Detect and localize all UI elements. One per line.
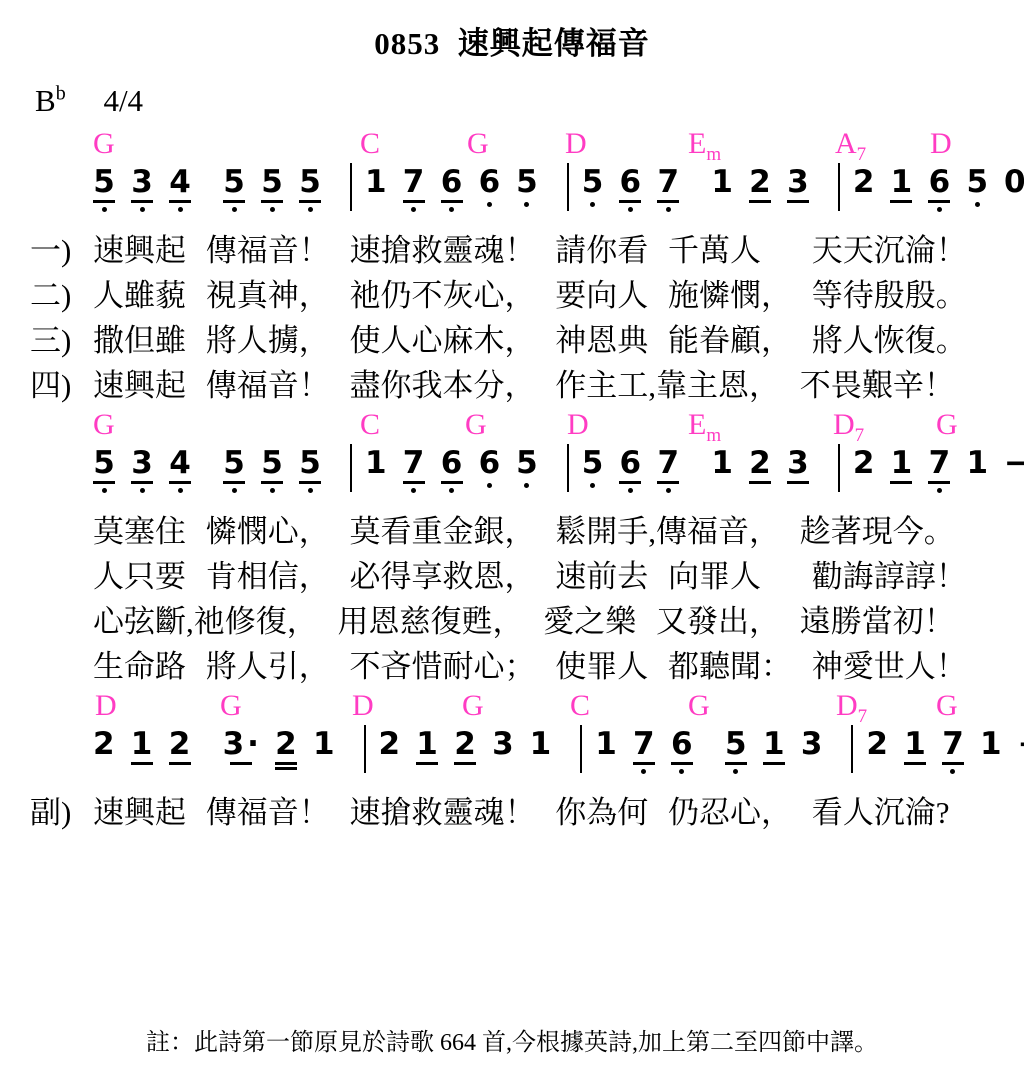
note-digit: 2 [749, 166, 771, 198]
note-digit: 6 [620, 166, 642, 198]
note: 1 [313, 728, 335, 760]
octave-underline [230, 762, 252, 765]
chord-label: G [93, 408, 115, 442]
note-glyph: 1 [131, 728, 153, 760]
note-glyph: 6 [479, 166, 501, 198]
note-digit: 1 [904, 728, 926, 760]
note-glyph: 1 [904, 728, 926, 760]
chord-label: G [93, 127, 115, 161]
chord-quality: m [706, 425, 721, 446]
low-octave-dot [487, 202, 492, 207]
note-digit: 2 [93, 728, 115, 760]
notation-row: 2123·21212311765132171− [0, 728, 1024, 780]
lyric-text: 撒但雖 將人擄， 使人心麻木， 神恩典 能眷顧， 將人恢復。 [93, 323, 967, 358]
note-glyph: 2 [169, 728, 191, 760]
note-digit: 5 [223, 166, 245, 198]
barline [350, 163, 352, 211]
note-glyph: 2 [749, 447, 771, 479]
octave-underline [169, 200, 191, 203]
low-octave-dot [950, 769, 955, 774]
note-glyph: 2 [454, 728, 476, 760]
note-digit: 5 [966, 166, 988, 198]
note: 5 [966, 166, 988, 207]
note-digit: − [1004, 447, 1024, 479]
octave-underline [787, 200, 809, 203]
time-signature: 4/4 [103, 83, 143, 118]
low-octave-dot [102, 488, 107, 493]
low-octave-dot [487, 483, 492, 488]
note-digit: 2 [853, 447, 875, 479]
octave-underline [749, 481, 771, 484]
dash-note: − [1018, 728, 1024, 760]
lyrics-block: 莫塞住 憐憫心， 莫看重金銀， 鬆開手,傳福音， 趁著現今。人只要 肯相信， 必… [0, 509, 1024, 689]
note-digit: 5 [582, 166, 604, 198]
lyric-text: 人只要 肯相信， 必得享救恩， 速前去 向罪人 勸誨諄諄！ [93, 559, 967, 594]
note: 5 [582, 166, 604, 207]
octave-underline [275, 767, 297, 770]
note: 6 [928, 166, 950, 212]
note-digit: 1 [313, 728, 335, 760]
chord-row: GCGDEmD7G [0, 408, 1024, 444]
note-digit: 1 [891, 447, 913, 479]
low-octave-dot [733, 769, 738, 774]
chord-label: D [95, 689, 117, 723]
note: 5 [516, 166, 538, 207]
note: 1 [711, 447, 733, 479]
note: 5 [261, 447, 283, 493]
low-octave-dot [178, 488, 183, 493]
note-glyph: 1 [711, 447, 733, 479]
note-glyph: 5 [223, 447, 245, 479]
low-octave-dot [411, 488, 416, 493]
key-time-row: Bb 4/4 [0, 83, 1024, 127]
note-glyph: 5 [299, 447, 321, 479]
octave-underline [169, 481, 191, 484]
octave-underline [403, 200, 425, 203]
low-octave-dot [411, 207, 416, 212]
note: 6 [619, 166, 641, 212]
note-digit: 1 [711, 447, 733, 479]
note-glyph: 3 [131, 447, 153, 479]
octave-underline [763, 762, 785, 765]
note-glyph: 6 [441, 447, 463, 479]
chord-label: D7 [833, 408, 864, 445]
chord-label: G [462, 689, 484, 723]
note: 5 [516, 447, 538, 488]
chord-label: G [465, 408, 487, 442]
chord-label: C [360, 127, 380, 161]
octave-underline [441, 200, 463, 203]
octave-underline [904, 762, 926, 765]
lyric-line: 四)速興起 傳福音！ 盡你我本分， 作主工,靠主恩， 不畏艱辛！ [0, 363, 1024, 408]
note: 2 [169, 728, 191, 765]
lyric-line: 生命路 將人引， 不吝惜耐心； 使罪人 都聽聞： 神愛世人！ [0, 644, 1024, 689]
note-glyph: 7 [658, 166, 680, 198]
octave-underline [93, 481, 115, 484]
note: 7 [633, 728, 655, 774]
lyric-text: 速興起 傳福音！ 盡你我本分， 作主工,靠主恩， 不畏艱辛！ [93, 368, 955, 403]
note-digit: 6 [620, 447, 642, 479]
note-glyph: 2 [866, 728, 888, 760]
octave-underline [942, 762, 964, 765]
barline [838, 163, 840, 211]
octave-underline [725, 762, 747, 765]
note-digit: 1 [891, 166, 913, 198]
note-glyph: 6 [441, 166, 463, 198]
octave-underline [441, 481, 463, 484]
chord-label: G [467, 127, 489, 161]
note-glyph: 7 [633, 728, 655, 760]
note-glyph: 2 [749, 166, 771, 198]
note-digit: − [1018, 728, 1024, 760]
note-digit: 2 [866, 728, 888, 760]
note-glyph: 1 [416, 728, 438, 760]
note-digit: 7 [633, 728, 655, 760]
note-digit: 3 [787, 447, 809, 479]
low-octave-dot [679, 769, 684, 774]
chord-label: G [688, 689, 710, 723]
note-digit: 1 [416, 728, 438, 760]
barline [567, 163, 569, 211]
note-digit: 3 [492, 728, 514, 760]
note: 2 [749, 166, 771, 203]
note-glyph: 3 [787, 166, 809, 198]
note-glyph: 6 [620, 447, 642, 479]
note: 2 [749, 447, 771, 484]
note: 2 [853, 447, 875, 479]
note: 5 [299, 447, 321, 493]
note: 2 [866, 728, 888, 760]
music-systems: GCGDEmA7D5345551766556712321650一)速興起 傳福音… [0, 127, 1024, 835]
note: 1 [904, 728, 926, 765]
octave-underline [131, 200, 153, 203]
low-octave-dot [937, 488, 942, 493]
note-digit: 1 [763, 728, 785, 760]
note: 4 [169, 447, 191, 493]
note-glyph: 5 [582, 447, 604, 479]
octave-underline [93, 200, 115, 203]
note: 2 [275, 728, 297, 770]
octave-underline [928, 481, 950, 484]
low-octave-dot [524, 202, 529, 207]
note-glyph: 5 [261, 166, 283, 198]
low-octave-dot [641, 769, 646, 774]
note-glyph: 5 [299, 166, 321, 198]
note-digit: 3 [131, 447, 153, 479]
music-system: DGDGCGD7G2123·21212311765132171−副)速興起 傳福… [0, 689, 1024, 835]
note-digit: 5 [299, 166, 321, 198]
note-glyph: 7 [929, 447, 951, 479]
octave-underline [299, 481, 321, 484]
low-octave-dot [524, 483, 529, 488]
note: 7 [942, 728, 964, 774]
low-octave-dot [590, 202, 595, 207]
note-digit: 2 [379, 728, 401, 760]
low-octave-dot [102, 207, 107, 212]
chord-label: D [567, 408, 589, 442]
note-glyph: 5 [261, 447, 283, 479]
note-digit: 7 [658, 166, 680, 198]
note-digit: 5 [582, 447, 604, 479]
note: 7 [928, 447, 950, 493]
chord-label: D [930, 127, 952, 161]
note-digit: 7 [403, 447, 425, 479]
octave-underline [403, 481, 425, 484]
note-digit: 3 [223, 728, 245, 760]
note: 3 [787, 166, 809, 203]
barline [580, 725, 582, 773]
barline [851, 725, 853, 773]
music-system: GCGDEmD7G534555176655671232171−莫塞住 憐憫心， … [0, 408, 1024, 689]
note-digit: 5 [261, 447, 283, 479]
note: 5 [93, 166, 115, 212]
note: 5 [261, 166, 283, 212]
note: 5 [582, 447, 604, 488]
note-glyph: 1 [530, 728, 552, 760]
note-glyph: 3 [131, 166, 153, 198]
note: 3 [492, 728, 514, 760]
music-system: GCGDEmA7D5345551766556712321650一)速興起 傳福音… [0, 127, 1024, 408]
lyric-line: 副)速興起 傳福音！ 速搶救靈魂！ 你為何 仍忍心， 看人沉淪? [0, 790, 1024, 835]
verse-label: 副) [30, 790, 93, 835]
note-digit: 1 [365, 166, 387, 198]
lyric-text: 莫塞住 憐憫心， 莫看重金銀， 鬆開手,傳福音， 趁著現今。 [93, 514, 955, 549]
note: 3· [223, 728, 259, 765]
note-glyph: 4 [169, 447, 191, 479]
chord-label: Em [688, 408, 721, 445]
note-glyph: 6 [671, 728, 693, 760]
notation-row: 5345551766556712321650 [0, 166, 1024, 218]
note-digit: 5 [261, 166, 283, 198]
note: 2 [93, 728, 115, 760]
lyric-text: 生命路 將人引， 不吝惜耐心； 使罪人 都聽聞： 神愛世人！ [93, 649, 967, 684]
low-octave-dot [270, 488, 275, 493]
low-octave-dot [666, 488, 671, 493]
octave-underline [619, 200, 641, 203]
note-glyph: 1 [891, 447, 913, 479]
note-glyph: 3 [801, 728, 823, 760]
octave-underline [416, 762, 438, 765]
note-digit: 2 [853, 166, 875, 198]
lyric-text: 速興起 傳福音！ 速搶救靈魂！ 請你看 千萬人 天天沉淪！ [93, 233, 967, 268]
note-glyph: 7 [403, 166, 425, 198]
low-octave-dot [308, 488, 313, 493]
lyric-line: 莫塞住 憐憫心， 莫看重金銀， 鬆開手,傳福音， 趁著現今。 [0, 509, 1024, 554]
chord-row: DGDGCGD7G [0, 689, 1024, 725]
low-octave-dot [140, 207, 145, 212]
note: 6 [441, 166, 463, 212]
note: 1 [980, 728, 1002, 760]
note-glyph: − [1018, 728, 1024, 760]
note-glyph: 1 [365, 166, 387, 198]
dash-note: − [1004, 447, 1024, 479]
note-glyph: 1 [595, 728, 617, 760]
note: 5 [223, 166, 245, 212]
chord-label: G [936, 689, 958, 723]
note: 3 [801, 728, 823, 760]
note: 4 [169, 166, 191, 212]
note: 2 [853, 166, 875, 198]
note-digit: 6 [441, 447, 463, 479]
note-digit: 6 [479, 166, 501, 198]
note: 1 [966, 447, 988, 479]
chord-quality: 7 [855, 425, 865, 446]
low-octave-dot [140, 488, 145, 493]
low-octave-dot [628, 488, 633, 493]
note: 5 [725, 728, 747, 774]
lyric-text: 速興起 傳福音！ 速搶救靈魂！ 你為何 仍忍心， 看人沉淪? [93, 795, 950, 830]
note: 7 [403, 447, 425, 493]
low-octave-dot [232, 488, 237, 493]
low-octave-dot [232, 207, 237, 212]
note-digit: 4 [169, 447, 191, 479]
note: 7 [657, 166, 679, 212]
note-glyph: 5 [93, 447, 115, 479]
octave-underline [454, 762, 476, 765]
note-digit: 3 [131, 166, 153, 198]
note-digit: 6 [441, 166, 463, 198]
octave-underline [299, 200, 321, 203]
notation-row: 534555176655671232171− [0, 447, 1024, 499]
hymn-sheet-page: { "header": { "title": "0853 速興起傳福音", "k… [0, 0, 1024, 1076]
note-digit: 6 [929, 166, 951, 198]
note-glyph: 6 [929, 166, 951, 198]
footer-note: 註：此詩第一節原見於詩歌 664 首,今根據英詩,加上第二至四節中譯。 [0, 1022, 1024, 1057]
note-digit: 5 [516, 447, 538, 479]
note-glyph: 5 [93, 166, 115, 198]
note-glyph: 5 [516, 166, 538, 198]
note-glyph: 7 [658, 447, 680, 479]
note: 1 [416, 728, 438, 765]
note: 5 [299, 166, 321, 212]
note-glyph: 2 [853, 166, 875, 198]
low-octave-dot [449, 207, 454, 212]
octave-underline [261, 200, 283, 203]
note-digit: 0 [1004, 166, 1024, 198]
note-digit: 3 [787, 166, 809, 198]
note-digit: 1 [711, 166, 733, 198]
note-digit: 5 [223, 447, 245, 479]
note: 7 [657, 447, 679, 493]
note: 1 [763, 728, 785, 765]
note-glyph: 0 [1004, 166, 1024, 198]
note: 3 [131, 166, 153, 212]
verse-label: 三) [30, 318, 93, 363]
note: 3 [787, 447, 809, 484]
note-glyph: 1 [966, 447, 988, 479]
note: 6 [671, 728, 693, 774]
note: 5 [223, 447, 245, 493]
low-octave-dot [975, 202, 980, 207]
octave-underline [619, 481, 641, 484]
note-digit: 2 [749, 447, 771, 479]
low-octave-dot [590, 483, 595, 488]
note: 5 [93, 447, 115, 493]
note: 3 [131, 447, 153, 493]
note-glyph: 5 [223, 166, 245, 198]
note-glyph: 3 [492, 728, 514, 760]
note: 6 [441, 447, 463, 493]
note: 1 [365, 447, 387, 479]
note-glyph: 1 [365, 447, 387, 479]
note: 6 [479, 166, 501, 207]
note-glyph: 5 [582, 166, 604, 198]
chord-label: D7 [836, 689, 867, 726]
note-glyph: 7 [403, 447, 425, 479]
note-glyph: 1 [763, 728, 785, 760]
note-digit: 7 [942, 728, 964, 760]
note-glyph: 3 [787, 447, 809, 479]
note-digit: 5 [93, 447, 115, 479]
low-octave-dot [178, 207, 183, 212]
lyrics-block: 副)速興起 傳福音！ 速搶救靈魂！ 你為何 仍忍心， 看人沉淪? [0, 790, 1024, 835]
octave-underline [633, 762, 655, 765]
lyric-text: 人雖藐 視真神， 祂仍不灰心， 要向人 施憐憫， 等待殷殷。 [93, 278, 967, 313]
barline [567, 444, 569, 492]
note: 1 [365, 166, 387, 198]
low-octave-dot [270, 207, 275, 212]
note-digit: 2 [169, 728, 191, 760]
octave-underline [657, 481, 679, 484]
verse-label: 四) [30, 363, 93, 408]
dotted-note-dot: · [247, 728, 259, 760]
note: 1 [595, 728, 617, 760]
note-glyph: 1 [891, 166, 913, 198]
note: 6 [479, 447, 501, 488]
note: 2 [379, 728, 401, 760]
note-glyph: 5 [966, 166, 988, 198]
lyric-line: 人只要 肯相信， 必得享救恩， 速前去 向罪人 勸誨諄諄！ [0, 554, 1024, 599]
chord-quality: 7 [857, 144, 867, 165]
note-digit: 2 [454, 728, 476, 760]
octave-underline [223, 481, 245, 484]
note-glyph: − [1004, 447, 1024, 479]
note: 0 [1004, 166, 1024, 198]
chord-quality: m [706, 144, 721, 165]
octave-underline [131, 762, 153, 765]
octave-underline [928, 200, 950, 203]
note-glyph: 6 [479, 447, 501, 479]
chord-label: D [352, 689, 374, 723]
note-digit: 6 [479, 447, 501, 479]
octave-underline [223, 200, 245, 203]
note-glyph: 6 [620, 166, 642, 198]
note: 1 [530, 728, 552, 760]
note-digit: 1 [365, 447, 387, 479]
octave-underline [275, 762, 297, 765]
page-title: 0853 速興起傳福音 [0, 0, 1024, 63]
note-digit: 7 [929, 447, 951, 479]
key-signature: Bb [35, 83, 66, 118]
octave-underline [657, 200, 679, 203]
note-glyph: 3· [223, 728, 259, 760]
chord-label: Em [688, 127, 721, 164]
note-digit: 1 [980, 728, 1002, 760]
note-glyph: 1 [980, 728, 1002, 760]
key-letter: B [35, 83, 56, 118]
octave-underline [787, 481, 809, 484]
octave-underline [890, 200, 912, 203]
note: 1 [131, 728, 153, 765]
note-digit: 3 [801, 728, 823, 760]
note-digit: 1 [131, 728, 153, 760]
low-octave-dot [666, 207, 671, 212]
low-octave-dot [628, 207, 633, 212]
barline [364, 725, 366, 773]
verse-label: 二) [30, 273, 93, 318]
note-glyph: 2 [379, 728, 401, 760]
note-glyph: 7 [942, 728, 964, 760]
